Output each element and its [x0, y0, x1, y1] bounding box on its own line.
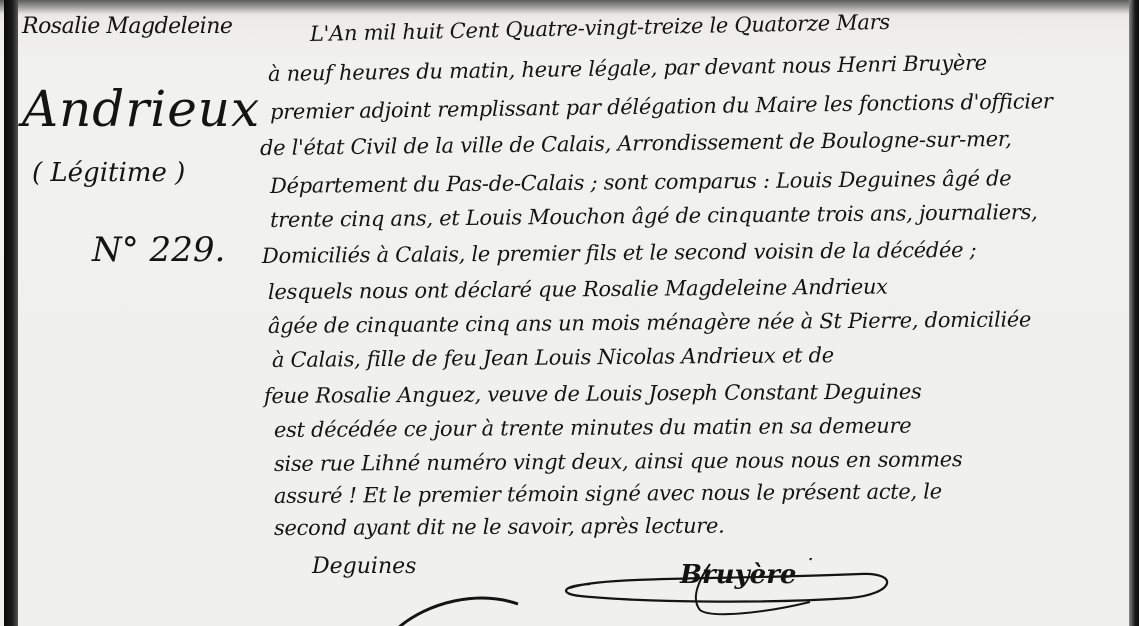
margin-annotation: Rosalie Magdeleine Andrieux ( Légitime )…	[22, 8, 252, 328]
record-line: à Calais, fille de feu Jean Louis Nicola…	[272, 343, 834, 372]
record-line: L'An mil huit Cent Quatre-vingt-treize l…	[310, 10, 890, 46]
margin-given-names: Rosalie Magdeleine	[22, 14, 232, 39]
margin-legitimacy-status: ( Légitime )	[32, 158, 185, 188]
record-line: sise rue Lihné numéro vingt deux, ainsi …	[274, 447, 962, 476]
record-line: âgée de cinquante cinq ans un mois ménag…	[268, 307, 1031, 338]
record-number: N° 229.	[92, 230, 225, 270]
margin-surname: Andrieux	[22, 80, 260, 138]
record-line: premier adjoint remplissant par délégati…	[270, 89, 1053, 124]
record-line: est décédée ce jour à trente minutes du …	[274, 414, 911, 442]
scanned-register-page: Rosalie Magdeleine Andrieux ( Légitime )…	[0, 0, 1139, 626]
record-line: assuré ! Et le premier témoin signé avec…	[274, 479, 942, 508]
officer-signature-name: Bruyère	[680, 560, 796, 590]
record-line: second ayant dit ne le savoir, après lec…	[274, 514, 725, 540]
record-line: Domiciliés à Calais, le premier fils et …	[262, 238, 977, 268]
record-line: trente cinq ans, et Louis Mouchon âgé de…	[270, 200, 1038, 232]
record-line: de l'état Civil de la ville de Calais, A…	[260, 127, 1012, 160]
officer-signature: Bruyère	[560, 558, 900, 618]
record-line: feue Rosalie Anguez, veuve de Louis Jose…	[264, 379, 922, 408]
record-line: lesquels nous ont déclaré que Rosalie Ma…	[268, 275, 888, 304]
record-line: Département du Pas-de-Calais ; sont comp…	[270, 166, 1012, 198]
record-line: à neuf heures du matin, heure légale, pa…	[268, 51, 987, 86]
stray-pen-stroke-icon	[388, 590, 528, 626]
binding-edge	[4, 0, 18, 626]
page-right-edge	[1129, 0, 1139, 626]
witness-signature: Deguines	[312, 554, 416, 579]
